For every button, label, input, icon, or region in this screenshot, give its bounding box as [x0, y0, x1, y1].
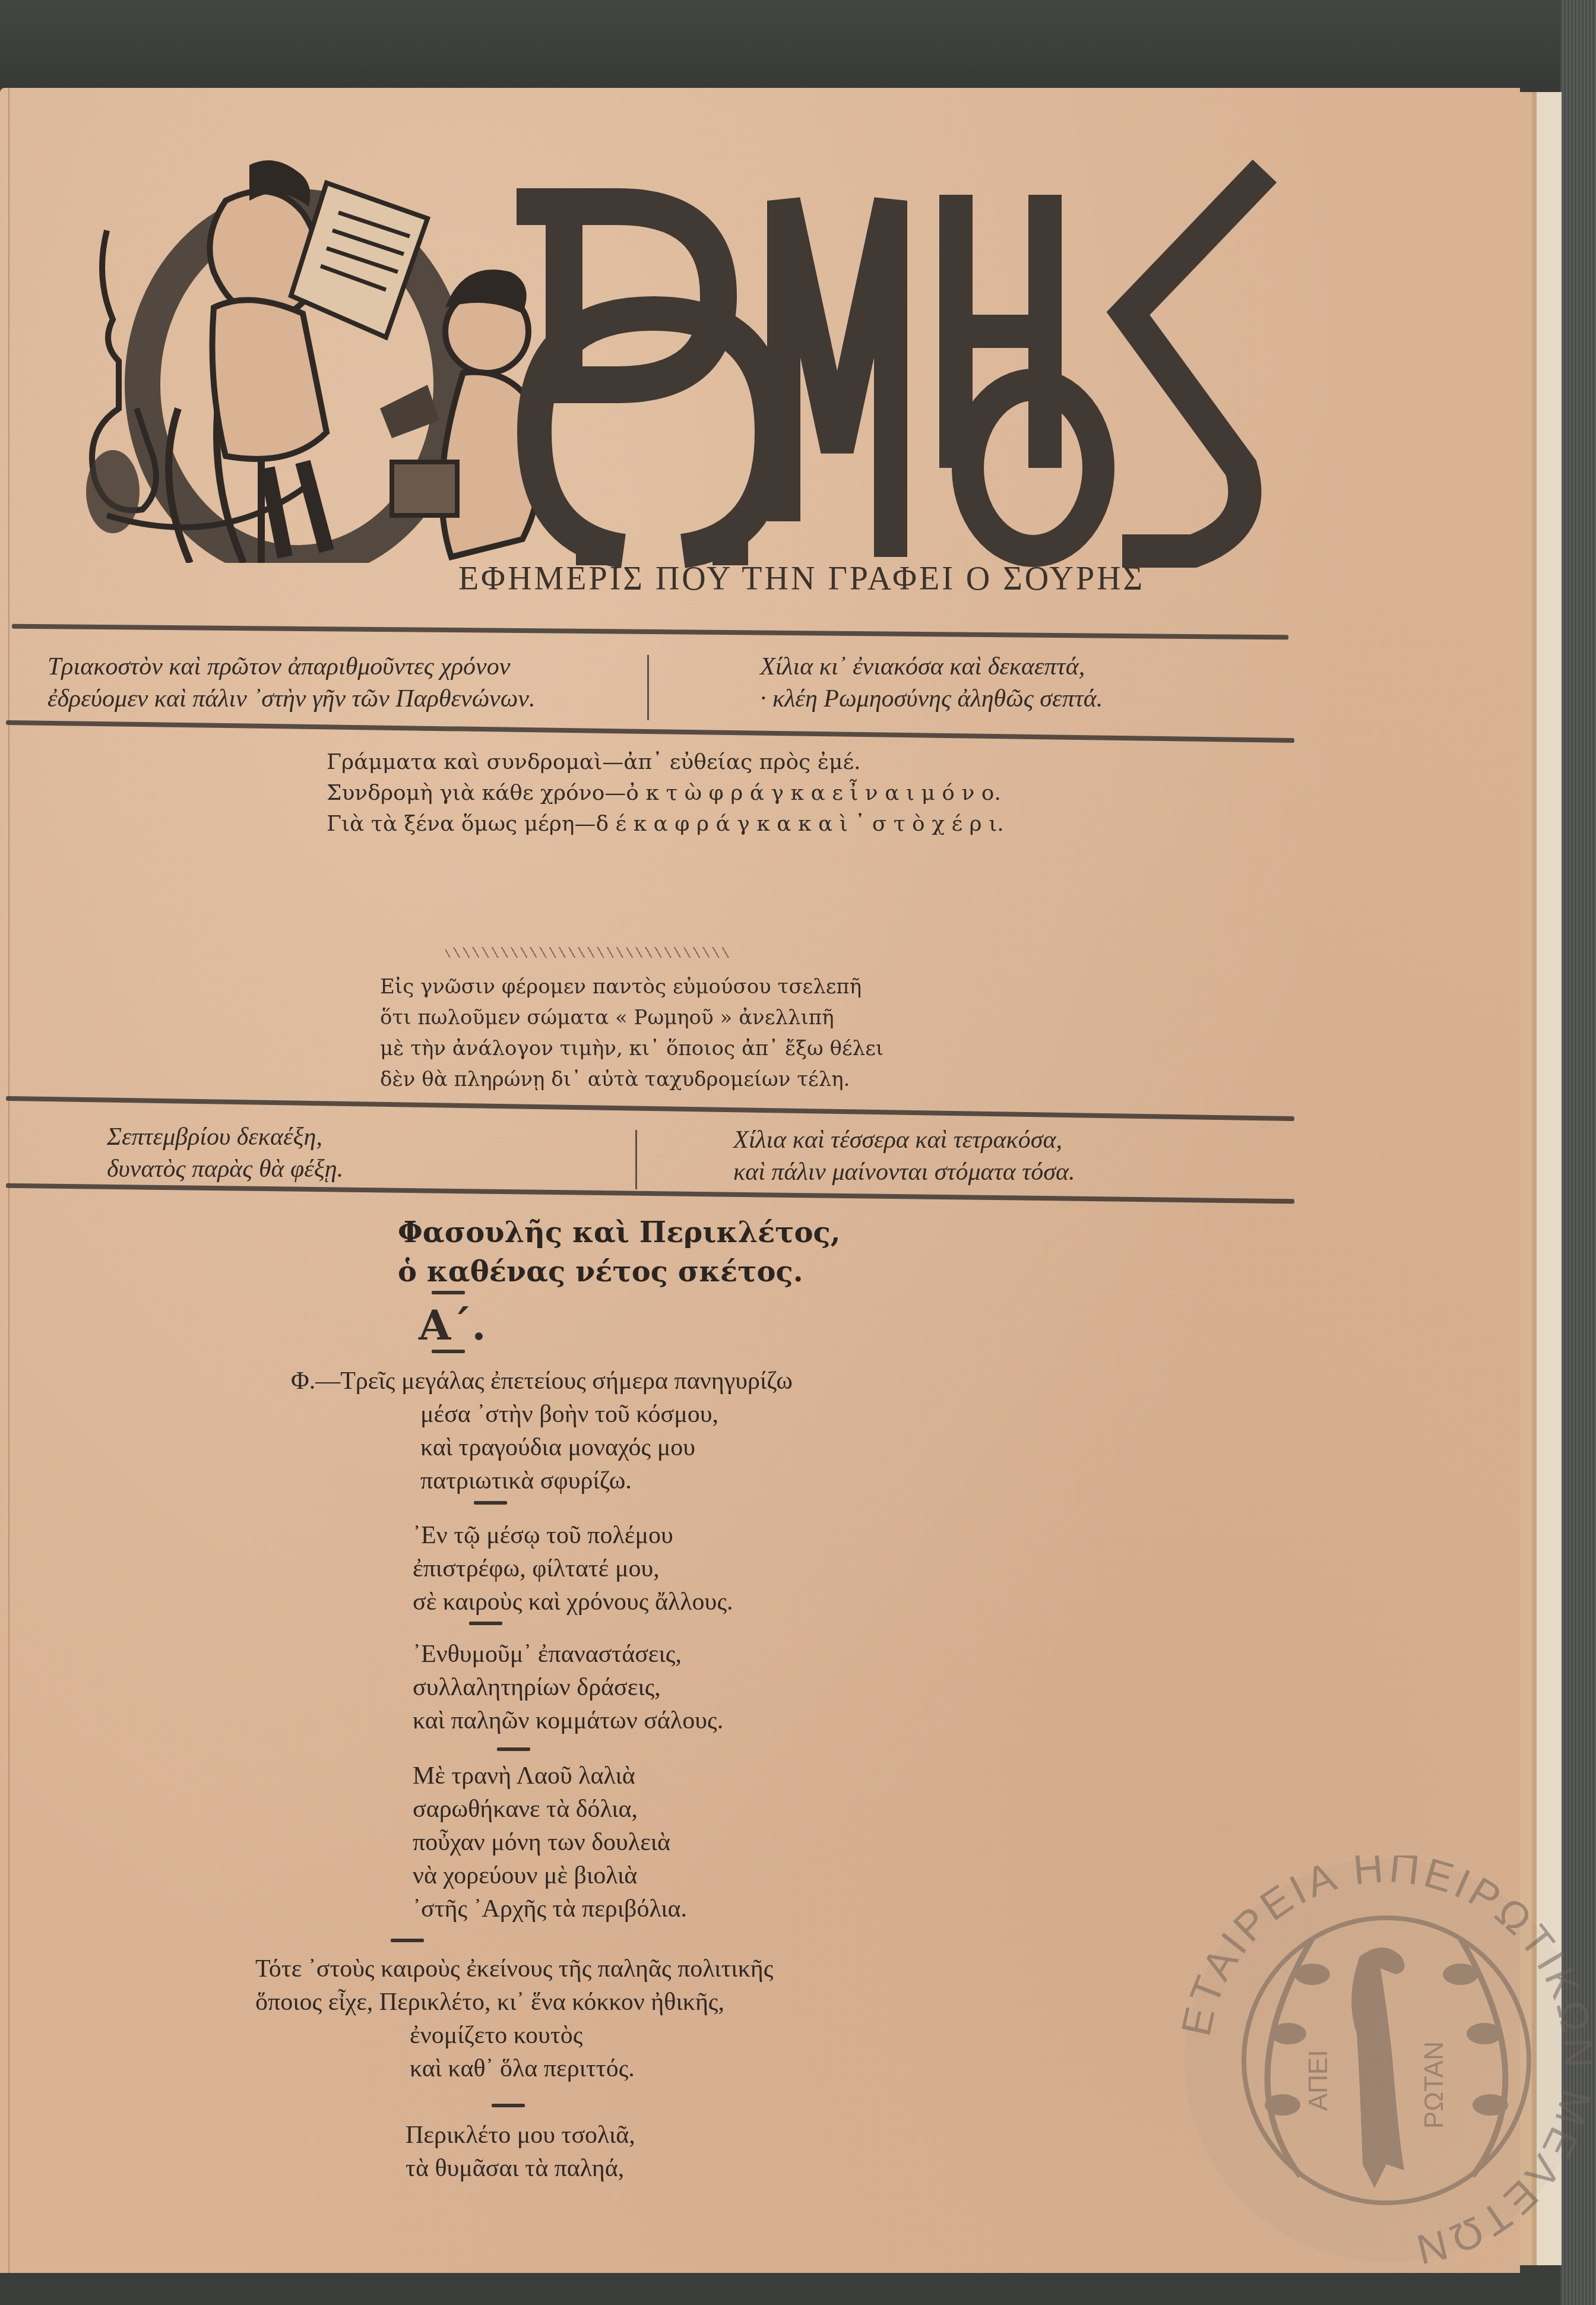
header-box-1-right: Χίλια κι᾿ ἐνιακόσα καὶ δεκαεπτά, · κλέη … [760, 651, 1103, 715]
header-box-1-left: Τριακοστὸν καὶ πρῶτον ἀπαριθμοῦντες χρόν… [47, 651, 535, 715]
subscription-info: Γράμματα καὶ συνδρομαὶ—ἀπ᾿ εὐθείας πρὸς … [327, 747, 1004, 840]
masthead-subtitle: ΕΦΗΜΕΡΙΣ ΠΟΥ ΤΗΝ ΓΡΑΦΕΙ Ο ΣΟΥΡΗΣ [0, 560, 1520, 598]
dash-divider [474, 1501, 507, 1505]
dash-divider [492, 2104, 525, 2107]
poem-line: συλλαλητηρίων δράσεις, [413, 1671, 723, 1704]
notice-line: ὅτι πωλοῦμεν σώματα « Ρωμηοῦ » ἀνελλιπῆ [380, 1002, 883, 1033]
poem-line: σαρωθήκανε τὰ δόλια, [413, 1793, 687, 1826]
dash-divider [432, 1350, 465, 1353]
sales-notice: Εἰς γνῶσιν φέρομεν παντὸς εὐμούσου τσελε… [380, 971, 883, 1095]
poem-line: μέσα ᾿στὴν βοὴν τοῦ κόσμου, [291, 1398, 793, 1431]
wavy-divider [445, 947, 730, 958]
rule [12, 624, 1288, 640]
verse-line: Χίλια κι᾿ ἐνιακόσα καὶ δεκαεπτά, [760, 651, 1103, 683]
poem-line: ᾿Εν τῷ μέσῳ τοῦ πολέμου [413, 1519, 733, 1552]
dash-divider [391, 1939, 424, 1942]
poem-line: σὲ καιροὺς καὶ χρόνους ἄλλους. [413, 1585, 733, 1619]
poem-stanza-4: Μὲ τρανὴ Λαοῦ λαλιὰ σαρωθήκανε τὰ δόλια,… [413, 1759, 687, 1926]
poem-line: πατριωτικὰ σφυρίζω. [291, 1464, 793, 1497]
book-cover-top [0, 0, 1596, 95]
subscription-line: Γιὰ τὰ ξένα ὅμως μέρη—δ έ κ α φ ρ ά γ κ … [327, 809, 1004, 840]
poem-stanza-6: Περικλέτο μου τσολιᾶ, τὰ θυμᾶσαι τὰ παλη… [406, 2119, 635, 2185]
verse-line: Χίλια καὶ τέσσερα καὶ τετρακόσα, [733, 1124, 1075, 1156]
verse-line: ἐδρεύομεν καὶ πάλιν ᾿στὴν γῆν τῶν Παρθεν… [47, 683, 535, 715]
dash-divider [497, 1747, 530, 1751]
rule [6, 720, 1294, 743]
verse-line: Τριακοστὸν καὶ πρῶτον ἀπαριθμοῦντες χρόν… [47, 651, 535, 683]
poem-line: Μὲ τρανὴ Λαοῦ λαλιὰ [413, 1759, 687, 1793]
poem-line: ὅποιος εἶχε, Περικλέτο, κι᾿ ἕνα κόκκον ἠ… [255, 1986, 773, 2019]
stamp-inner-right: ΡΩΤΑΝ [1420, 2041, 1449, 2129]
subscription-line: Συνδρομὴ γιὰ κάθε χρόνο—ὀ κ τ ὼ φ ρ ά γ … [327, 778, 1004, 809]
stamp-inner-left: ΑΠΕΙ [1304, 2050, 1333, 2111]
rule [6, 1183, 1294, 1204]
poem-line: τὰ θυμᾶσαι τὰ παληά, [406, 2152, 635, 2185]
poem-line: Φ.—Τρεῖς μεγάλας ἐπετείους σήμερα πανηγυ… [291, 1364, 793, 1398]
article-headline: Φασουλῆς καὶ Περικλέτος, ὁ καθένας νέτος… [398, 1213, 841, 1291]
masthead [71, 135, 1259, 587]
poem-line: καὶ καθ᾿ ὅλα περιττός. [255, 2052, 773, 2085]
masthead-title-logo [499, 135, 1282, 587]
notice-line: μὲ τὴν ἀνάλογον τιμὴν, κι᾿ ὅποιος ἀπ᾿ ἔξ… [380, 1033, 883, 1064]
library-stamp-icon: ΕΤΑΙΡΕΙΑ ΗΠΕΙΡΩΤΙΚΩΝ ΜΕΛΕΤΩΝ ΑΠΕΙ ΡΩΤΑΝ [1182, 1856, 1591, 2265]
column-separator [635, 1130, 637, 1189]
poem-line: καὶ παληῶν κομμάτων σάλους. [413, 1704, 723, 1737]
poem-line: Περικλέτο μου τσολιᾶ, [406, 2119, 635, 2152]
headline-line: ὁ καθένας νέτος σκέτος. [398, 1252, 841, 1291]
verse-line: Σεπτεμβρίου δεκαέξη, [107, 1121, 343, 1153]
notice-line: Εἰς γνῶσιν φέρομεν παντὸς εὐμούσου τσελε… [380, 971, 883, 1002]
page-gutter [8, 88, 9, 2273]
headline-line: Φασουλῆς καὶ Περικλέτος, [398, 1213, 841, 1252]
dash-divider [432, 1291, 465, 1294]
dash-divider [469, 1622, 502, 1625]
verse-line: καὶ πάλιν μαίνονται στόματα τόσα. [733, 1156, 1075, 1188]
poem-stanza-5: Τότε ᾿στοὺς καιροὺς ἐκείνους τῆς παληᾶς … [255, 1952, 773, 2085]
notice-line: δὲν θὰ πληρώνῃ δι᾿ αὐτὰ ταχυδρομείων τέλ… [380, 1064, 883, 1095]
header-box-2-left: Σεπτεμβρίου δεκαέξη, δυνατὸς παρὰς θὰ φέ… [107, 1121, 343, 1185]
column-separator [647, 655, 649, 720]
poem-stanza-1: Φ.—Τρεῖς μεγάλας ἐπετείους σήμερα πανηγυ… [291, 1364, 793, 1497]
poem-line: ἐπιστρέφω, φίλτατέ μου, [413, 1552, 733, 1585]
poem-line: ᾿Ενθυμοῦμ᾿ ἐπαναστάσεις, [413, 1638, 723, 1671]
poem-line: καὶ τραγούδια μοναχός μου [291, 1431, 793, 1464]
subscription-line: Γράμματα καὶ συνδρομαὶ—ἀπ᾿ εὐθείας πρὸς … [327, 747, 1004, 778]
rule [6, 1096, 1294, 1121]
section-heading: Α΄. [419, 1300, 486, 1350]
poem-line: Τότε ᾿στοὺς καιροὺς ἐκείνους τῆς παληᾶς … [255, 1952, 773, 1986]
verse-line: · κλέη Ρωμηοσύνης ἀληθῶς σεπτά. [760, 683, 1103, 715]
poem-stanza-2: ᾿Εν τῷ μέσῳ τοῦ πολέμου ἐπιστρέφω, φίλτα… [413, 1519, 733, 1619]
poem-line: ᾿στῆς ᾿Αρχῆς τὰ περιβόλια. [413, 1892, 687, 1926]
header-box-2-right: Χίλια καὶ τέσσερα καὶ τετρακόσα, καὶ πάλ… [733, 1124, 1075, 1188]
poem-line: νὰ χορεύουν μὲ βιολιὰ [413, 1859, 687, 1892]
verse-line: δυνατὸς παρὰς θὰ φέξῃ. [107, 1153, 343, 1185]
poem-line: ἐνομίζετο κουτὸς [255, 2019, 773, 2052]
poem-line: ποὖχαν μόνη των δουλειὰ [413, 1826, 687, 1859]
poem-stanza-3: ᾿Ενθυμοῦμ᾿ ἐπαναστάσεις, συλλαλητηρίων δ… [413, 1638, 723, 1737]
